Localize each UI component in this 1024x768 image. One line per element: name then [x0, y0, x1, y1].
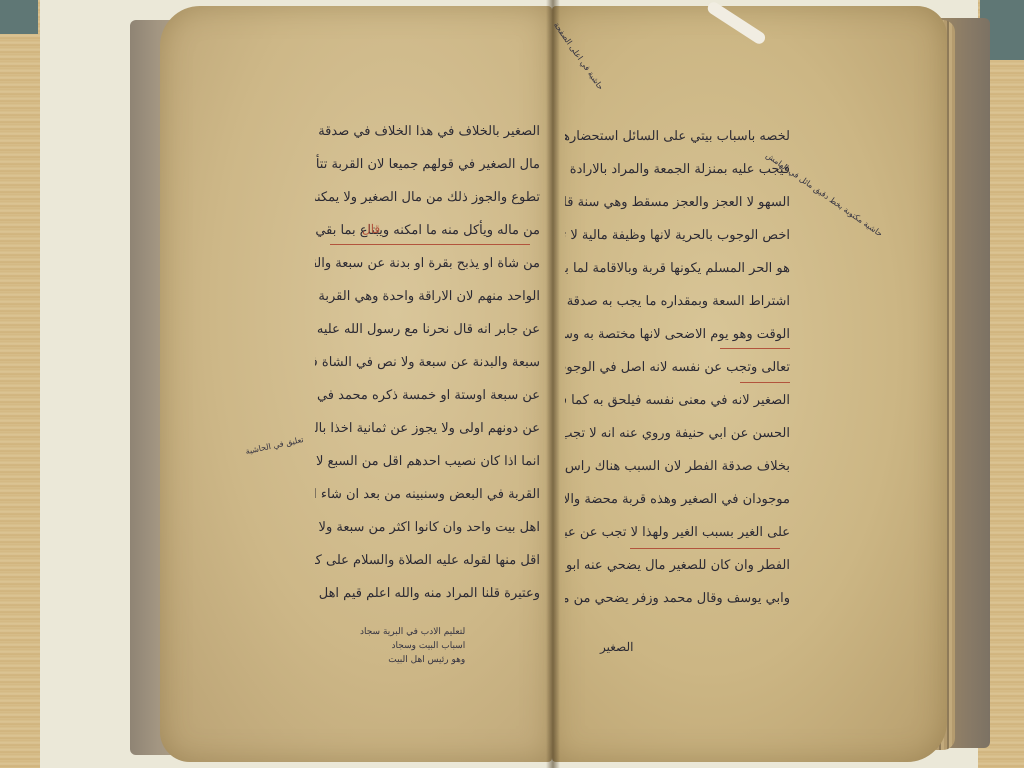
- footnote-line: وهو رئيس اهل البيت: [360, 653, 465, 667]
- right-page-main-text: لخصه باسباب بيتي على السائل استحضارها وت…: [565, 120, 790, 615]
- blue-surface-corner-left: [0, 0, 38, 34]
- text-line: من شاة او يذبح بقرة او بدنة عن سبعة والق…: [315, 247, 540, 280]
- text-line: السهو لا العجز والعجز مسقط وهي سنة قام ف…: [565, 186, 790, 219]
- left-page-main-text: الصغير بالخلاف في هذا الخلاف في صدقة الف…: [315, 115, 540, 610]
- text-line: وعتيرة قلنا المراد منه والله اعلم قيم اه…: [315, 577, 540, 610]
- text-line: اقل منها لقوله عليه الصلاة والسلام على ك…: [315, 544, 540, 577]
- catchword: الصغير: [600, 640, 633, 654]
- text-line: تعالى وتجب عن نفسه لانه اصل في الوجوب عل…: [565, 351, 790, 384]
- text-line: اشتراط السعة وبمقداره ما يجب به صدقة الف…: [565, 285, 790, 318]
- text-line: على الغير بسبب الغير ولهذا لا تجب عن عبد…: [565, 516, 790, 549]
- text-line: انما اذا كان نصيب احدهم اقل من السبع لا …: [315, 445, 540, 478]
- text-line: هو الحر المسلم يكونها قربة وبالاقامة لما…: [565, 252, 790, 285]
- text-line: سبعة والبدنة عن سبعة ولا نص في الشاة فبق…: [315, 346, 540, 379]
- text-line: القربة في البعض وسنبينه من بعد ان شاء ال…: [315, 478, 540, 511]
- text-line: موجودان في الصغير وهذه قربة محضة والاصل …: [565, 483, 790, 516]
- text-line: الفطر وان كان للصغير مال يضحي عنه ابوه ا…: [565, 549, 790, 582]
- rubric-underline: [630, 548, 780, 549]
- rubric-underline: [330, 244, 530, 245]
- text-line: عن جابر انه قال نحرنا مع رسول الله عليه …: [315, 313, 540, 346]
- text-line: من ماله ويأكل منه ما امكنه ويبتاع بما بق…: [315, 214, 540, 247]
- text-line: الواحد منهم لان الاراقة واحدة وهي القربة…: [315, 280, 540, 313]
- text-line: الوقت وهو يوم الاضحى لانها مختصة به وسنب…: [565, 318, 790, 351]
- text-line: وابي يوسف وقال محمد وزفر يضحي من مال نفس…: [565, 582, 790, 615]
- text-line: عن سبعة اوستة او خمسة ذكره محمد في الاصل…: [315, 379, 540, 412]
- text-line: مال الصغير في قولهم جميعا لان القربة تتأ…: [315, 148, 540, 181]
- text-line: عن دونهم اولى ولا يجوز عن ثمانية اخذا با…: [315, 412, 540, 445]
- left-page-footnote: لتعليم الادب في البرية سجاد اسباب البيت …: [360, 625, 465, 667]
- text-line: الصغير بالخلاف في هذا الخلاف في صدقة الف…: [315, 115, 540, 148]
- text-line: فيجب عليه بمنزلة الجمعة والمراد بالارادة…: [565, 153, 790, 186]
- rubric-underline: [740, 382, 790, 383]
- text-line: اخص الوجوب بالحرية لانها وظيفة مالية لا …: [565, 219, 790, 252]
- text-line: بخلاف صدقة الفطر لان السبب هناك راس يمون…: [565, 450, 790, 483]
- rubric-underline: [720, 348, 790, 349]
- text-line: لخصه باسباب بيتي على السائل استحضارها وت…: [565, 120, 790, 153]
- footnote-line: لتعليم الادب في البرية سجاد: [360, 625, 465, 639]
- footnote-line: اسباب البيت وسجاد: [360, 639, 465, 653]
- text-line: اهل بيت واحد وان كانوا اكثر من سبعة ولا …: [315, 511, 540, 544]
- book-gutter: [546, 0, 560, 768]
- text-line: تطوع والجوز ذلك من مال الصغير ولا يمكنه …: [315, 181, 540, 214]
- text-line: الصغير لانه في معنى نفسه فيلحق به كما في…: [565, 384, 790, 417]
- text-line: الحسن عن ابي حنيفة وروي عنه انه لا تجب ع…: [565, 417, 790, 450]
- rubric-mark: ﻗﺎﻝ: [362, 222, 380, 236]
